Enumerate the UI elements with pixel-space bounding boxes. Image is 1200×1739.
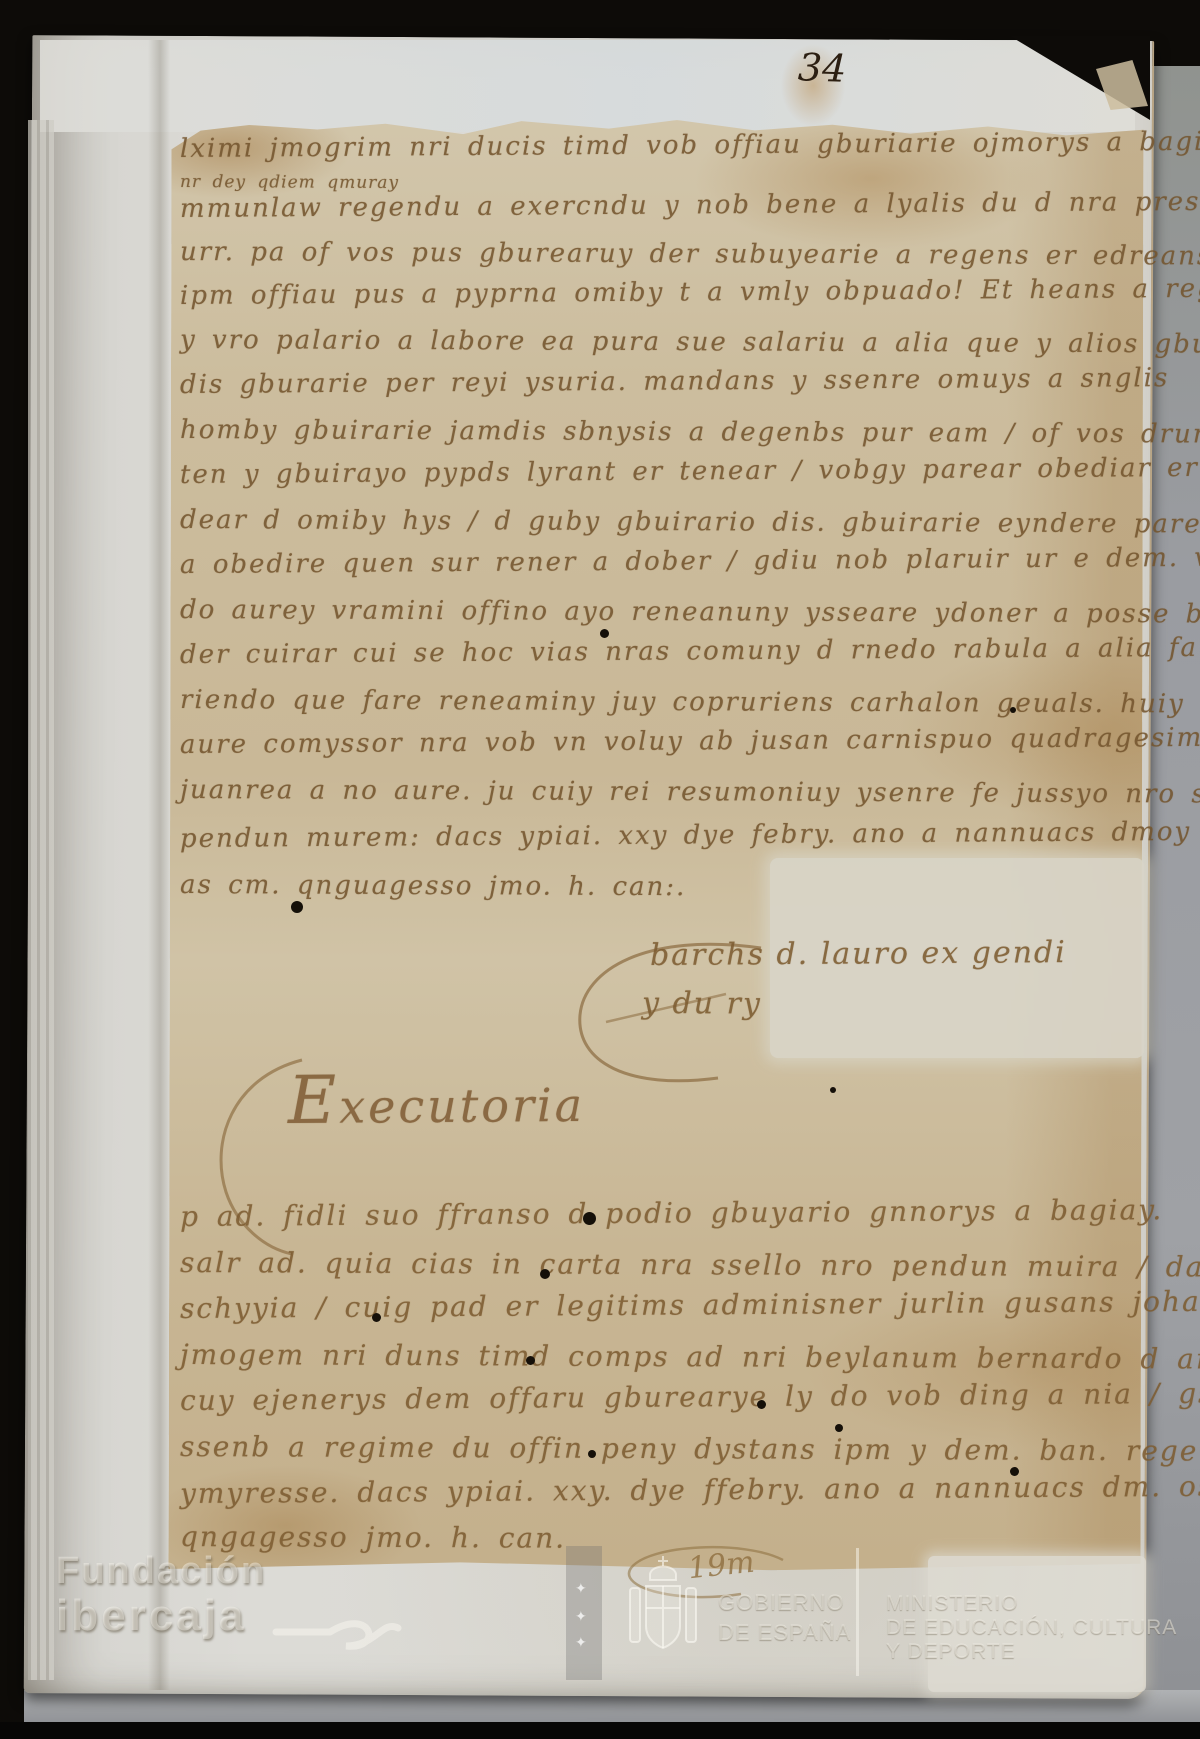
ministerio-line1: MINISTERIO — [886, 1592, 1177, 1616]
manuscript-line: as cm. qnguagesso jmo. h. can:. — [180, 870, 686, 902]
manuscript-line: ssenb a regime du offin peny dystans ipm… — [180, 1430, 1200, 1468]
manuscript-line: do aurey vramini offino ayo reneanuny ys… — [180, 595, 1200, 630]
manuscript-line: salr ad. quia cias in carta nra ssello n… — [180, 1246, 1200, 1284]
spain-coat-of-arms-icon — [622, 1552, 704, 1664]
manuscript-line: urr. pa of vos pus gburearuy der subuyea… — [180, 237, 1200, 272]
manuscript-interline-note: nr dey qdiem qmuray — [180, 172, 399, 193]
manuscript-scan-photo: 34 lximi jmogrim nri ducis timd vob offi… — [0, 0, 1200, 1739]
section-heading: Executoria — [288, 1060, 586, 1139]
ibercaja-flourish — [272, 1598, 402, 1668]
gobierno-line2: DE ESPAÑA — [718, 1618, 851, 1648]
manuscript-line: jmogem nri duns timd comps ad nri beylan… — [180, 1338, 1200, 1376]
book-leaf-edges — [28, 120, 54, 1680]
logo-divider-line — [856, 1548, 859, 1676]
manuscript-line: homby gbuirarie jamdis sbnysis a degenbs… — [180, 415, 1200, 449]
manuscript-line: juanrea a no aure. ju cuiy rei resumoniu… — [180, 775, 1200, 810]
ibercaja-watermark-line1: Fundación — [56, 1552, 266, 1590]
ministerio-line2: DE EDUCACIÓN, CULTURA — [886, 1616, 1177, 1640]
ministerio-watermark: MINISTERIO DE EDUCACIÓN, CULTURA Y DEPOR… — [886, 1592, 1177, 1664]
manuscript-line: y vro palario a labore ea pura sue salar… — [180, 325, 1200, 360]
manuscript-line: dear d omiby hys / d guby gbuirario dis.… — [180, 505, 1200, 540]
photo-bottom-edge — [0, 1722, 1200, 1739]
folio-number: 34 — [797, 45, 847, 91]
manuscript-line: cuy ejenerys dem offaru gburearye ly do … — [180, 1376, 1200, 1417]
manuscript-line: riendo que fare reneaminy juy copruriens… — [180, 685, 1185, 719]
chancery-signature: barchs d. lauro ex gendi — [650, 935, 1067, 973]
stars-ribbon-watermark: ✦✦✦ — [566, 1546, 602, 1680]
ibercaja-watermark-line2: ibercaja — [56, 1594, 246, 1638]
chancery-signature: y du ry — [642, 986, 762, 1022]
ministerio-line3: Y DEPORTE — [886, 1640, 1177, 1664]
manuscript-line: schyyia / cuig pad er legitims adminisne… — [180, 1284, 1200, 1325]
binding-gutter-shadow — [148, 40, 170, 1690]
manuscript-line: ymyresse. dacs ypiai. xxy. dye ffebry. a… — [180, 1469, 1200, 1510]
gobierno-watermark: GOBIERNO DE ESPAÑA — [718, 1588, 851, 1648]
album-page-top-margin — [40, 40, 1135, 132]
gobierno-line1: GOBIERNO — [718, 1588, 851, 1618]
manuscript-line: p ad. fidli suo ffranso d podio gbuyario… — [180, 1193, 1163, 1233]
